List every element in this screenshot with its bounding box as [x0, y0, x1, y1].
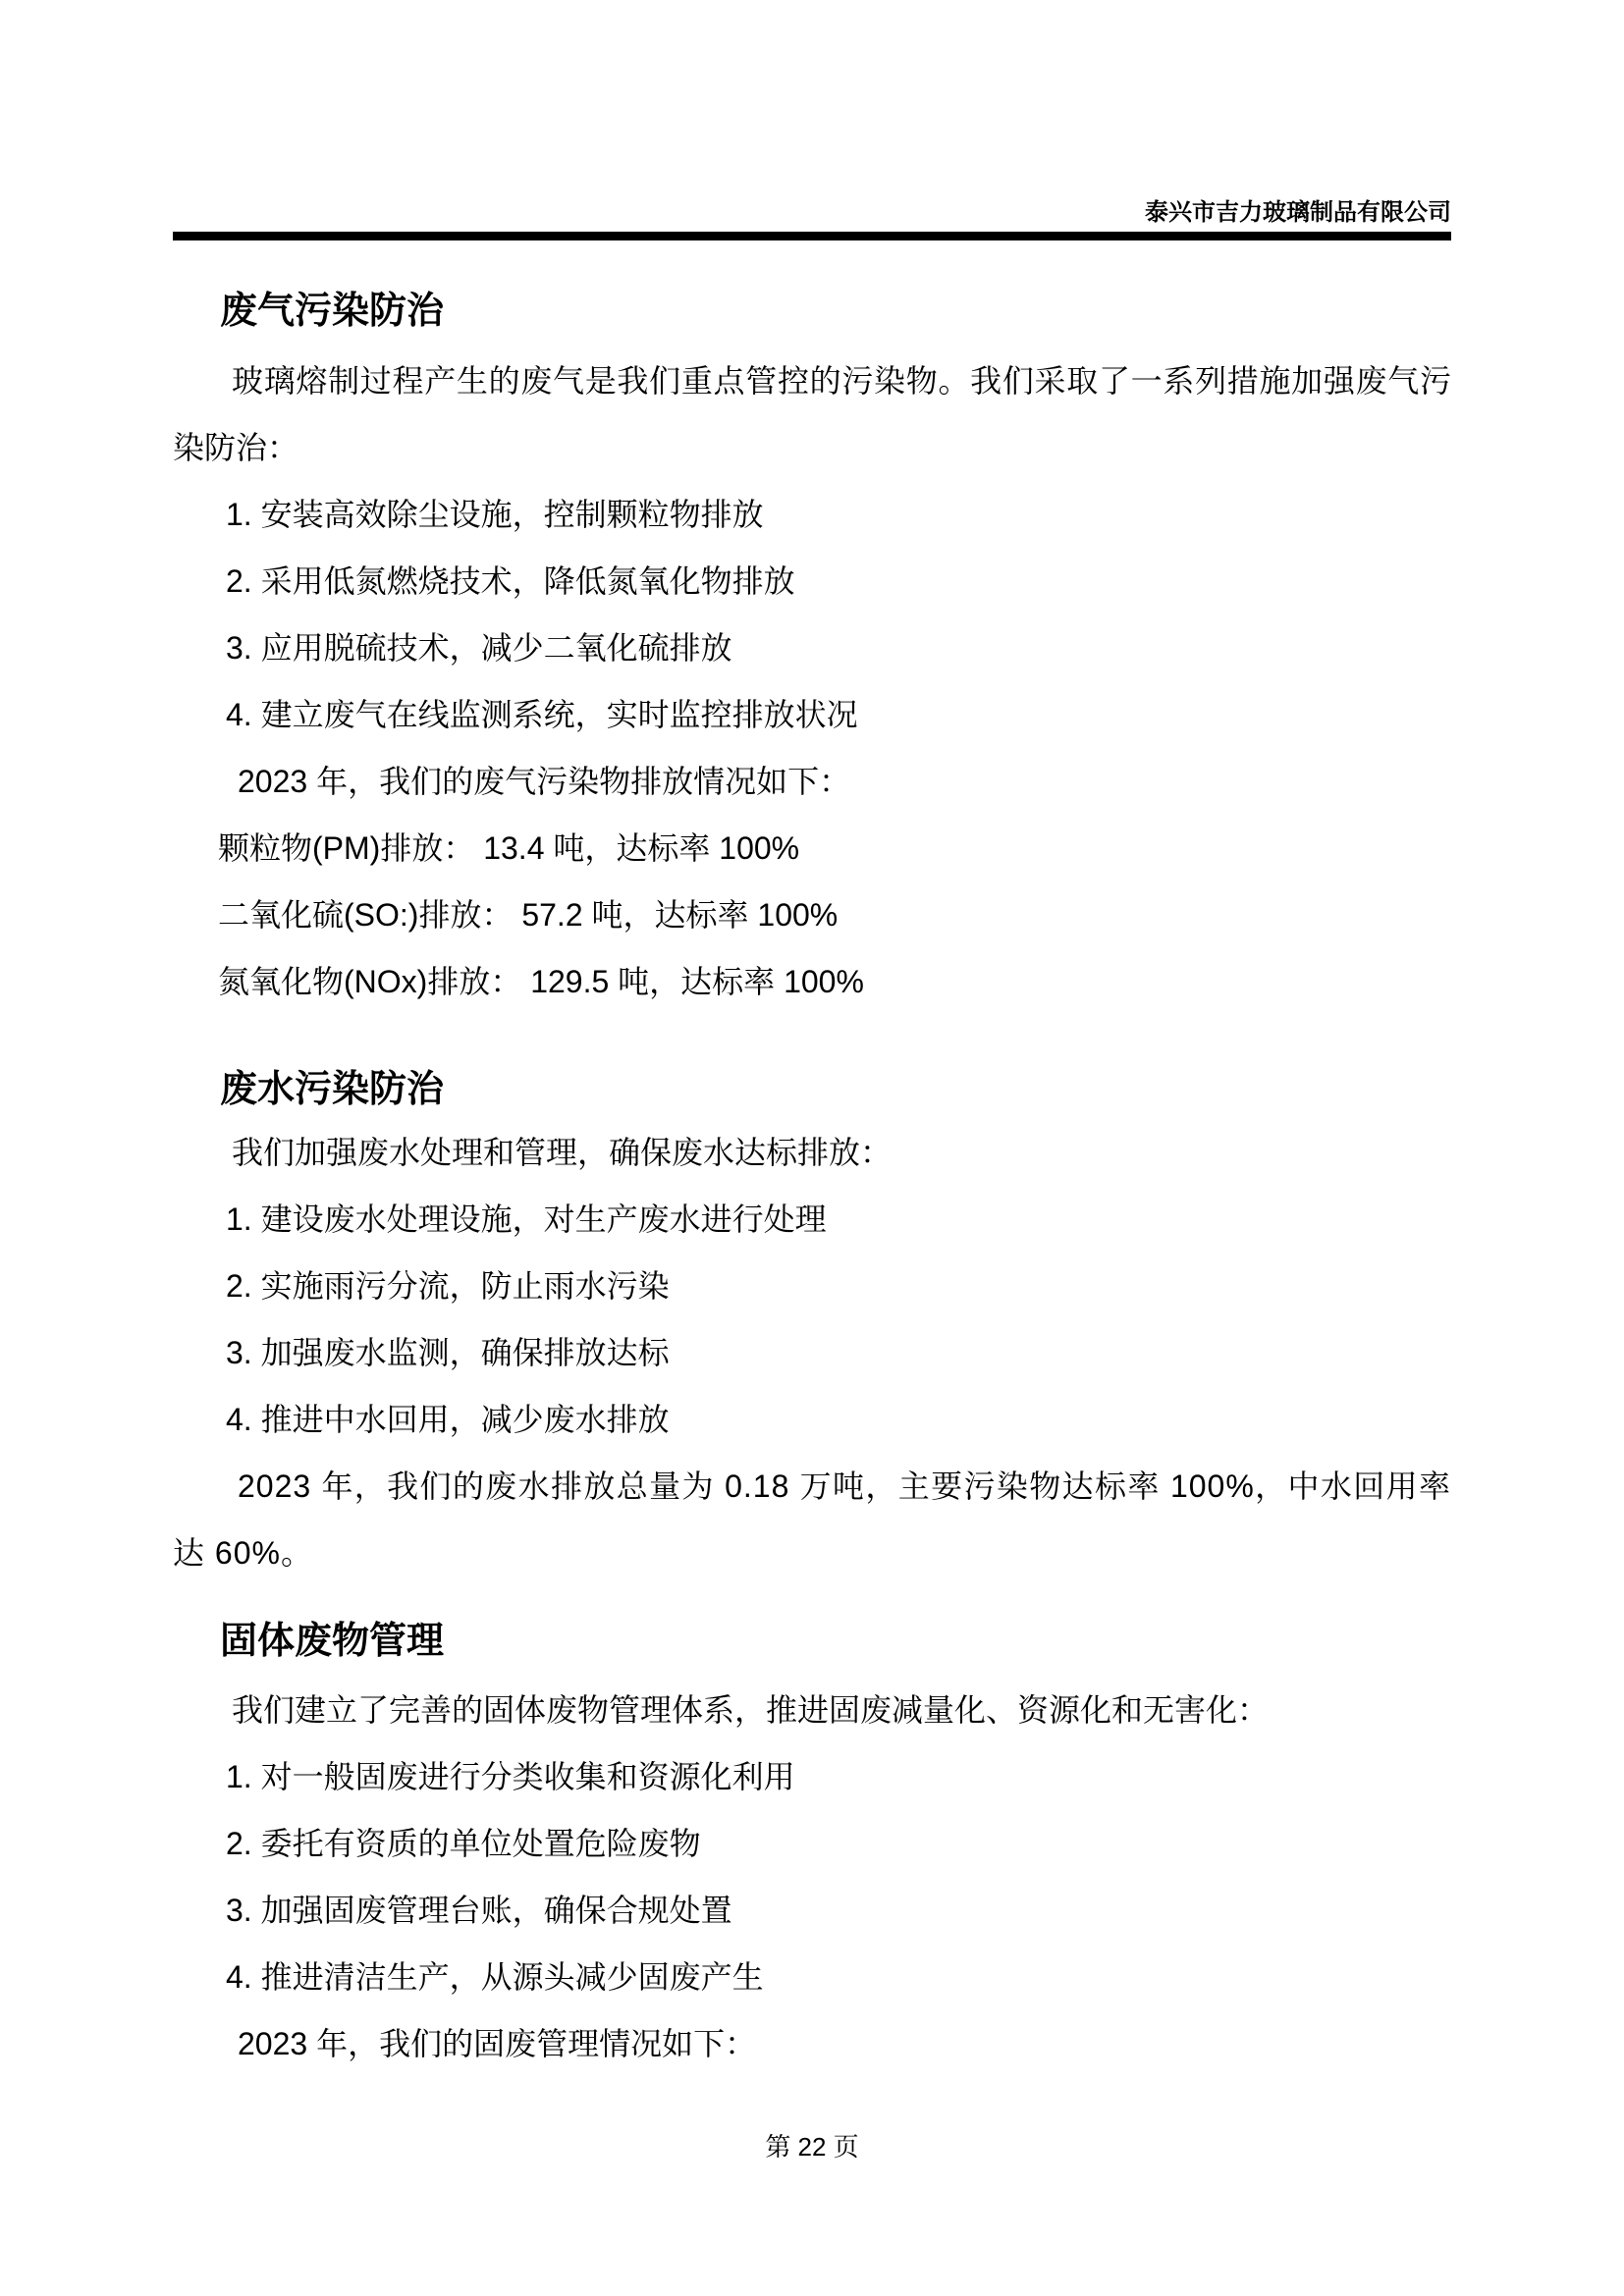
metric-line: 二氧化硫(SO:)排放： 57.2 吨，达标率 100% — [173, 881, 1451, 948]
list-item: 3. 加强固废管理台账，确保合规处置 — [173, 1877, 1451, 1944]
list-item: 4. 推进清洁生产，从源头减少固废产生 — [173, 1944, 1451, 2010]
section-intro: 玻璃熔制过程产生的废气是我们重点管控的污染物。我们采取了一系列措施加强废气污染防… — [173, 347, 1451, 481]
company-name: 泰兴市吉力玻璃制品有限公司 — [173, 0, 1451, 228]
list-item: 2. 委托有资质的单位处置危险废物 — [173, 1810, 1451, 1877]
page-content: 泰兴市吉力玻璃制品有限公司 废气污染防治 玻璃熔制过程产生的废气是我们重点管控的… — [0, 0, 1624, 2077]
section-exhaust-gas: 废气污染防治 玻璃熔制过程产生的废气是我们重点管控的污染物。我们采取了一系列措施… — [173, 289, 1451, 1015]
year-note: 2023 年，我们的固废管理情况如下： — [173, 2010, 1451, 2077]
page-footer: 第 22 页 — [0, 2130, 1624, 2163]
document-page: 泰兴市吉力玻璃制品有限公司 废气污染防治 玻璃熔制过程产生的废气是我们重点管控的… — [0, 0, 1624, 2296]
list-item: 3. 应用脱硫技术，减少二氧化硫排放 — [173, 614, 1451, 681]
section-solid-waste: 固体废物管理 我们建立了完善的固体废物管理体系，推进固废减量化、资源化和无害化：… — [173, 1619, 1451, 2077]
list-item: 3. 加强废水监测，确保排放达标 — [173, 1319, 1451, 1386]
list-item: 1. 安装高效除尘设施，控制颗粒物排放 — [173, 481, 1451, 548]
list-item: 2. 实施雨污分流，防止雨水污染 — [173, 1253, 1451, 1319]
metric-line: 颗粒物(PM)排放： 13.4 吨，达标率 100% — [173, 815, 1451, 881]
section-heading: 废水污染防治 — [220, 1067, 1451, 1112]
year-note: 2023 年，我们的废气污染物排放情况如下： — [173, 748, 1451, 815]
year-summary: 2023 年，我们的废水排放总量为 0.18 万吨，主要污染物达标率 100%，… — [173, 1453, 1451, 1586]
list-item: 4. 建立废气在线监测系统，实时监控排放状况 — [173, 681, 1451, 748]
list-item: 1. 建设废水处理设施，对生产废水进行处理 — [173, 1186, 1451, 1253]
list-item: 4. 推进中水回用，减少废水排放 — [173, 1386, 1451, 1453]
list-item: 2. 采用低氮燃烧技术，降低氮氧化物排放 — [173, 548, 1451, 614]
metric-line: 氮氧化物(NOx)排放： 129.5 吨，达标率 100% — [173, 948, 1451, 1015]
section-wastewater: 废水污染防治 我们加强废水处理和管理，确保废水达标排放： 1. 建设废水处理设施… — [173, 1067, 1451, 1586]
section-intro: 我们加强废水处理和管理，确保废水达标排放： — [173, 1119, 1451, 1186]
list-item: 1. 对一般固废进行分类收集和资源化利用 — [173, 1743, 1451, 1810]
section-heading: 固体废物管理 — [220, 1619, 1451, 1664]
page-number: 第 22 页 — [765, 2132, 858, 2162]
section-intro: 我们建立了完善的固体废物管理体系，推进固废减量化、资源化和无害化： — [173, 1677, 1451, 1743]
section-heading: 废气污染防治 — [220, 289, 1451, 334]
page-header: 泰兴市吉力玻璃制品有限公司 — [173, 0, 1451, 240]
header-rule — [173, 232, 1451, 240]
